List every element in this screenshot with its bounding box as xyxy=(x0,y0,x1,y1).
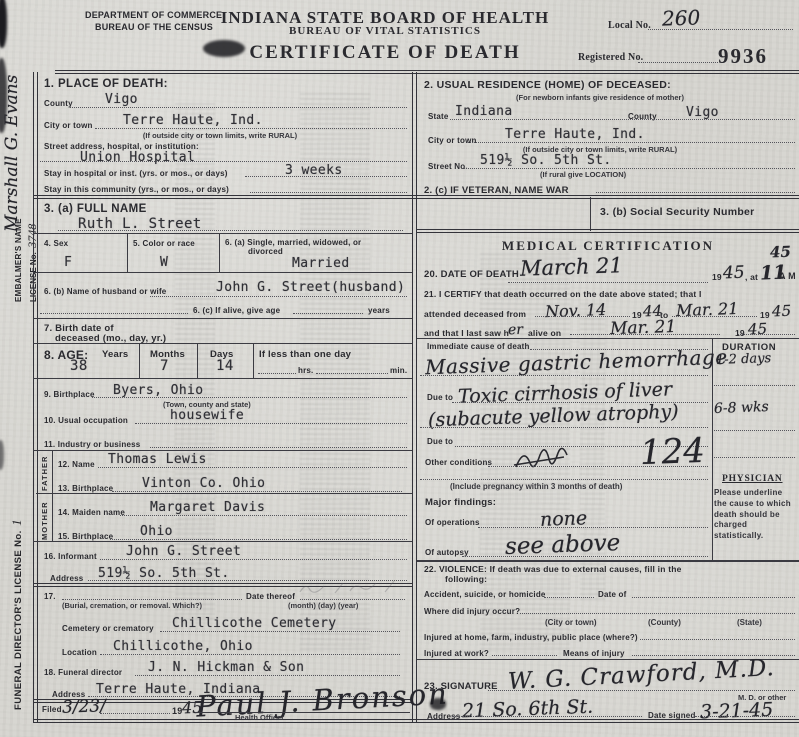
fill-line xyxy=(150,447,407,448)
fill-line xyxy=(450,119,795,120)
physician-signature-value: W. G. Crawford, M.D. xyxy=(508,655,776,695)
veteran-label: 2. (c) IF VETERAN, NAME WAR xyxy=(424,185,569,196)
certify-line1: 21. I CERTIFY that death occurred on the… xyxy=(424,289,702,299)
fill-line xyxy=(150,296,407,297)
fill-line xyxy=(95,128,407,129)
fill-line xyxy=(638,62,718,63)
fill-line xyxy=(92,397,407,398)
marital-value: Married xyxy=(292,256,350,271)
pregnancy-note: (Include pregnancy within 3 months of de… xyxy=(450,482,622,491)
marital-label-line2: divorced xyxy=(248,247,283,256)
scan-edge-mark xyxy=(0,440,4,470)
marital-label-line1: 6. (a) Single, married, widowed, or xyxy=(225,238,361,247)
signature-line xyxy=(195,712,410,713)
row-rule xyxy=(33,318,412,319)
cell-rule xyxy=(197,343,198,378)
informant-address-label: Address xyxy=(50,574,83,583)
fill-line xyxy=(110,539,407,540)
street-value: Union Hospital xyxy=(80,150,195,165)
fill-line xyxy=(468,142,795,143)
fill-line xyxy=(462,556,708,557)
city-label: City or town xyxy=(44,121,93,130)
last-saw-her: er xyxy=(508,322,524,339)
signature-label: 23. SIGNATURE xyxy=(424,681,498,692)
cell-rule xyxy=(127,233,128,272)
fill-line xyxy=(300,599,405,600)
fill-line xyxy=(420,427,708,428)
fill-line xyxy=(520,613,795,614)
last-saw-yy: 45 xyxy=(748,320,768,339)
burial-date-note: (month) (day) (year) xyxy=(288,601,358,610)
sex-label: 4. Sex xyxy=(44,239,68,248)
fill-line xyxy=(40,161,407,162)
father-name-label: 12. Name xyxy=(58,460,95,469)
injury-county-note: (County) xyxy=(648,618,681,627)
cemetery-location-value: Chillicothe, Ohio xyxy=(113,639,253,654)
funeral-director-label: 18. Funeral director xyxy=(44,668,122,677)
injured-at-work-label: Injured at work? xyxy=(424,649,489,658)
header-rule xyxy=(55,70,799,74)
fill-line xyxy=(508,282,708,283)
medical-certification-heading: MEDICAL CERTIFICATION xyxy=(418,238,798,254)
attended-from-date: Nov. 14 xyxy=(545,300,607,321)
fill-line xyxy=(258,373,296,374)
cemetery-value: Chillicothe Cemetery xyxy=(172,616,337,631)
age-months-value: 7 xyxy=(160,358,169,374)
certify-attended-label: attended deceased from xyxy=(424,309,526,319)
burial-which-note: (Burial, cremation, or removal. Which?) xyxy=(62,601,202,610)
fill-line xyxy=(714,457,795,458)
cemetery-label: Cemetery or crematory xyxy=(62,624,154,633)
fill-line xyxy=(648,29,793,30)
if-alive-suffix: years xyxy=(368,306,390,315)
residence-county-value: Vigo xyxy=(686,105,719,120)
row-rule xyxy=(33,272,412,273)
major-findings-label: Major findings: xyxy=(425,497,496,508)
funeral-license-block: FUNERAL DIRECTOR'S LICENSE No. 1 xyxy=(8,410,26,710)
place-of-death-heading: 1. PLACE OF DEATH: xyxy=(44,78,168,90)
injured-at-label: Injured at home, farm, industry, public … xyxy=(424,633,638,642)
violence-line2: following: xyxy=(445,574,487,584)
fill-line xyxy=(714,430,795,431)
fill-line xyxy=(738,334,795,335)
fill-line xyxy=(70,107,407,108)
due-to-1-label: Due to xyxy=(427,393,453,402)
where-injury-label: Where did injury occur? xyxy=(424,607,520,616)
cell-rule xyxy=(590,197,591,231)
local-no-label: Local No. xyxy=(608,20,651,31)
stay-community-label: Stay in this community (yrs., or mos., o… xyxy=(44,185,229,194)
row-rule xyxy=(33,450,412,451)
birthplace-label: 9. Birthplace xyxy=(44,390,95,399)
fill-line xyxy=(640,639,795,640)
date-of-death-label: 20. DATE OF DEATH xyxy=(424,269,519,280)
fill-line xyxy=(98,467,407,468)
operations-label: Of operations xyxy=(425,518,480,527)
means-of-injury-label: Means of injury xyxy=(563,649,625,658)
due-to-2-label: Due to xyxy=(427,437,453,446)
row-rule xyxy=(36,493,412,494)
row-rule xyxy=(33,378,412,379)
injury-city-note: (City or town) xyxy=(545,618,597,627)
fill-line xyxy=(62,599,242,600)
fill-line xyxy=(596,192,795,193)
cell-rule xyxy=(52,450,53,541)
county-value: Vigo xyxy=(105,92,138,107)
last-saw-label-a: and that I last saw h xyxy=(424,328,509,338)
fill-line xyxy=(160,631,400,632)
registered-no-label: Registered No. xyxy=(578,52,643,63)
stay-hospital-label: Stay in hospital or inst. (yrs. or mos.,… xyxy=(44,169,228,178)
fill-line xyxy=(714,385,795,386)
fill-line xyxy=(100,713,170,714)
father-birthplace-value: Vinton Co. Ohio xyxy=(142,476,265,491)
row-rule xyxy=(33,233,412,234)
filed-label: Filed xyxy=(42,705,62,714)
cell-rule xyxy=(219,233,220,272)
scribble-mark xyxy=(510,443,580,475)
age-min-label: min. xyxy=(390,366,407,375)
mother-name-label: 14. Maiden name xyxy=(58,508,125,517)
race-value: W xyxy=(160,255,168,270)
informant-label: 16. Informant xyxy=(44,552,97,561)
health-officer-label: Health Officer xyxy=(235,713,284,722)
section-rule xyxy=(417,560,799,562)
city-value: Terre Haute, Ind. xyxy=(123,113,263,128)
residence-street-label: Street No. xyxy=(428,162,468,171)
fill-line xyxy=(100,654,400,655)
residence-city-value: Terre Haute, Ind. xyxy=(505,127,645,142)
fill-line xyxy=(420,479,708,480)
informant-address-value: 519½ So. 5th St. xyxy=(98,566,230,581)
due1-duration-value: 6-8 wks xyxy=(714,399,769,417)
fill-line xyxy=(544,597,594,598)
immediate-cause-label: Immediate cause of death xyxy=(427,342,530,351)
attended-to-yy: 45 xyxy=(772,302,792,321)
fill-line xyxy=(632,597,795,598)
city-note: (If outside city or town limits, write R… xyxy=(95,131,345,140)
funeral-director-license-value: 1 xyxy=(9,519,24,526)
fill-line xyxy=(478,527,708,528)
physician-note: Please underline the cause to which deat… xyxy=(714,488,794,542)
spouse-value: John G. Street(husband) xyxy=(216,280,405,295)
row-rule xyxy=(417,338,799,339)
fill-line xyxy=(488,690,795,691)
death-certificate-scan: DEPARTMENT OF COMMERCE BUREAU OF THE CEN… xyxy=(0,0,799,737)
fill-line xyxy=(492,655,557,656)
cell-rule xyxy=(139,343,140,378)
registered-no-value: 9936 xyxy=(718,44,768,69)
form-left-rule xyxy=(33,72,38,722)
full-name-label: 3. (a) FULL NAME xyxy=(44,203,147,215)
filed-date-handwritten: 3/23/ xyxy=(62,696,107,718)
section-rule xyxy=(417,229,799,233)
embalmer-license-line: LICENSE No. 3748 xyxy=(23,192,41,302)
father-side-label: FATHER xyxy=(40,453,49,491)
fill-line xyxy=(250,192,407,193)
ssn-label: 3. (b) Social Security Number xyxy=(600,206,755,218)
fill-line xyxy=(420,375,708,376)
county-label: County xyxy=(44,99,73,108)
fill-line xyxy=(452,716,642,717)
spouse-label: 6. (b) Name of husband or wife xyxy=(44,287,166,296)
fill-line xyxy=(245,176,407,177)
informant-value: John G. Street xyxy=(126,544,241,559)
residence-street-note: (If rural give LOCATION) xyxy=(540,170,626,179)
row-rule xyxy=(33,343,412,344)
occupation-value: housewife xyxy=(170,408,244,423)
injury-state-note: (State) xyxy=(737,618,762,627)
fill-line xyxy=(135,675,400,676)
fill-line xyxy=(40,313,188,314)
date-thereof-label: Date thereof xyxy=(246,592,295,601)
center-divider-rule xyxy=(412,72,417,722)
section-rule xyxy=(33,195,799,199)
attended-to-y19: 19 xyxy=(760,310,770,320)
fill-line xyxy=(462,168,795,169)
pencil-mark xyxy=(295,578,405,598)
fill-line xyxy=(488,466,708,467)
occupation-label: 10. Usual occupation xyxy=(44,416,128,425)
sex-value: F xyxy=(64,255,72,270)
mother-birthplace-label: 15. Birthplace xyxy=(58,532,113,541)
fill-line xyxy=(316,373,388,374)
father-name-value: Thomas Lewis xyxy=(108,452,207,467)
physician-heading: PHYSICIAN xyxy=(722,474,783,484)
fill-line xyxy=(58,230,403,231)
residence-state-value: Indiana xyxy=(455,104,513,119)
date-of-death-value: March 21 xyxy=(520,253,624,281)
fill-line xyxy=(695,716,795,717)
row-rule xyxy=(33,541,412,542)
fill-line xyxy=(535,316,630,317)
certificate-title: CERTIFICATE OF DEATH xyxy=(185,42,585,64)
date-of-death-y19: 19 xyxy=(712,272,722,282)
accident-date-of-label: Date of xyxy=(598,590,627,599)
last-saw-date: Mar. 21 xyxy=(610,317,677,339)
age-less-than-day-label: If less than one day xyxy=(259,349,351,360)
residence-street-value: 519½ So. 5th St. xyxy=(480,153,612,168)
father-birthplace-label: 13. Birthplace xyxy=(58,484,113,493)
accident-label: Accident, suicide, or homicide xyxy=(424,590,546,599)
death-minutes-superscript: 45 xyxy=(770,243,791,262)
local-no-value: 260 xyxy=(662,5,701,30)
physician-address-value: 21 So. 6th St. xyxy=(462,696,594,723)
fill-line xyxy=(112,491,402,492)
ink-blot xyxy=(430,698,446,710)
other-conditions-label: Other conditions xyxy=(425,458,492,467)
filed-year-printed: 19 xyxy=(172,706,182,716)
if-alive-label: 6. (c) If alive, give age xyxy=(193,306,280,315)
fill-line xyxy=(570,334,720,335)
embalmer-name-label: EMBALMER'S NAME xyxy=(14,192,23,302)
residence-note: (For newborn infants give residence of m… xyxy=(440,93,760,102)
cemetery-location-label: Location xyxy=(62,648,97,657)
fill-line xyxy=(135,423,407,424)
mother-side-label: MOTHER xyxy=(40,500,49,540)
violence-line1: 22. VIOLENCE: If death was due to extern… xyxy=(424,564,682,574)
cell-rule xyxy=(253,343,254,378)
scan-edge-mark xyxy=(0,0,7,48)
age-years-value: 38 xyxy=(70,358,88,374)
mother-name-value: Margaret Davis xyxy=(150,500,265,515)
fill-line xyxy=(293,313,363,314)
residence-state-label: State xyxy=(428,112,449,121)
age-hrs-label: hrs. xyxy=(298,366,313,375)
date-signed-value: 3-21-45 xyxy=(700,699,774,724)
date-of-death-at: , at xyxy=(745,272,758,282)
residence-heading: 2. USUAL RESIDENCE (HOME) OF DECEASED: xyxy=(424,79,671,91)
fill-line xyxy=(120,515,407,516)
age-years-label: Years xyxy=(102,349,128,360)
last-saw-label-b: alive on xyxy=(528,328,561,338)
date-signed-label: Date signed xyxy=(648,711,696,720)
date-of-death-year: 45 xyxy=(723,263,745,284)
death-ampm: A M xyxy=(779,271,796,281)
fill-line xyxy=(100,559,407,560)
industry-label: 11. Industry or business xyxy=(44,440,140,449)
funeral-director-license-label: FUNERAL DIRECTOR'S LICENSE No. xyxy=(13,530,24,710)
race-label: 5. Color or race xyxy=(133,239,195,248)
residence-city-label: City or town xyxy=(428,136,477,145)
birthplace-value: Byers, Ohio xyxy=(113,383,204,398)
mother-birthplace-value: Ohio xyxy=(140,524,173,539)
funeral-director-value: J. N. Hickman & Son xyxy=(148,660,304,675)
bureau-subtitle: BUREAU OF VITAL STATISTICS xyxy=(185,25,585,37)
fill-line xyxy=(672,316,757,317)
age-days-value: 14 xyxy=(216,358,234,374)
last-saw-y19: 19 xyxy=(735,328,745,338)
burial-num: 17. xyxy=(44,592,56,601)
